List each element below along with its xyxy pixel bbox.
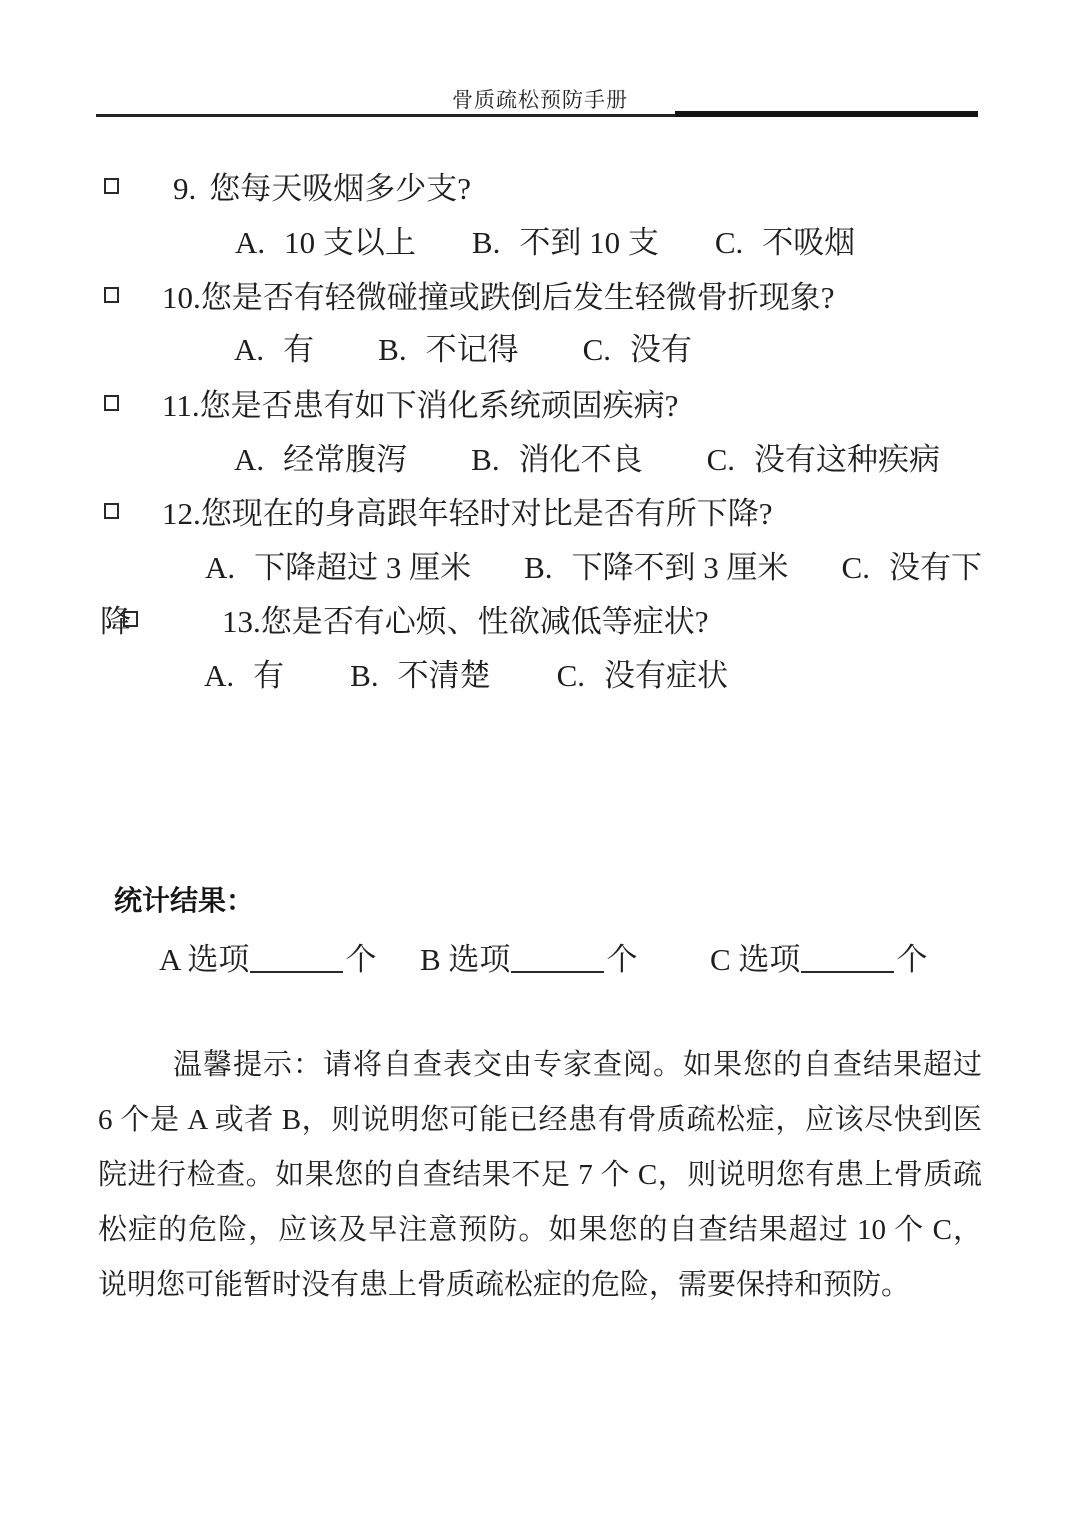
tip-line: 6 个是 A 或者 B，则说明您可能已经患有骨质疏松症，应该尽快到医 xyxy=(98,1093,982,1148)
option-label: C. xyxy=(842,550,870,585)
option-9b: B.不到 10 支 xyxy=(472,223,659,263)
question-9: 9.您每天吸烟多少支? xyxy=(173,169,471,209)
question-number: 9. xyxy=(173,171,196,206)
option-label: B. xyxy=(378,332,406,367)
stats-heading: 统计结果： xyxy=(114,882,254,922)
option-text: 没有症状 xyxy=(604,658,728,693)
question-row-11: 11.您是否患有如下消化系统顽固疾病? xyxy=(0,386,1080,426)
option-text: 消化不良 xyxy=(519,442,643,477)
option-text: 不记得 xyxy=(426,332,519,367)
question-row-10: 10.您是否有轻微碰撞或跌倒后发生轻微骨折现象? xyxy=(0,278,1080,318)
tip-line: 院进行检查。如果您的自查结果不足 7 个 C，则说明您有患上骨质疏 xyxy=(98,1148,982,1203)
stat-item-b: B 选项个 xyxy=(420,940,637,980)
option-label: C. xyxy=(707,442,735,477)
question-number: 12. xyxy=(162,496,201,531)
option-label: A. xyxy=(234,442,264,477)
question-row-9: 9.您每天吸烟多少支? xyxy=(0,169,1080,209)
checkbox-q12 xyxy=(104,503,119,519)
question-11: 11.您是否患有如下消化系统顽固疾病? xyxy=(162,386,678,426)
option-13a: A.有 xyxy=(204,656,284,696)
question-number: 13. xyxy=(222,604,261,639)
tip-line: 说明您可能暂时没有患上骨质疏松症的危险，需要保持和预防。 xyxy=(98,1258,982,1313)
option-11c: C.没有这种疾病 xyxy=(707,440,940,480)
question-row-13: 降 13.您是否有心烦、性欲减低等症状? xyxy=(0,602,1080,642)
tip-paragraph: 温馨提示：请将自查表交由专家查阅。如果您的自查结果超过 6 个是 A 或者 B，… xyxy=(98,1038,982,1313)
stat-blank-b xyxy=(511,969,604,973)
option-12a: A.下降超过 3 厘米 xyxy=(205,548,471,588)
option-label: A. xyxy=(205,550,235,585)
checkbox-q9 xyxy=(104,178,119,194)
option-10b: B.不记得 xyxy=(378,330,518,370)
option-text: 经常腹泻 xyxy=(283,442,407,477)
question-text: 您是否有心烦、性欲减低等症状? xyxy=(261,604,709,639)
stat-suffix: 个 xyxy=(606,942,637,977)
option-label: B. xyxy=(471,442,499,477)
option-text: 有 xyxy=(253,658,284,693)
question-text: 您每天吸烟多少支? xyxy=(209,171,471,206)
option-10a: A.有 xyxy=(234,330,314,370)
option-label: C. xyxy=(583,332,611,367)
option-text: 不清楚 xyxy=(398,658,491,693)
question-text: 您是否有轻微碰撞或跌倒后发生轻微骨折现象? xyxy=(201,280,835,315)
stat-blank-c xyxy=(801,969,894,973)
option-label: B. xyxy=(524,550,552,585)
option-13b: B.不清楚 xyxy=(350,656,490,696)
options-row-12: A.下降超过 3 厘米 B.下降不到 3 厘米 C.没有下 xyxy=(205,548,982,588)
checkbox-q11 xyxy=(104,395,119,411)
stat-suffix: 个 xyxy=(345,942,376,977)
option-label: C. xyxy=(715,225,743,260)
checkbox-q13 xyxy=(123,611,138,627)
options-row-11: A.经常腹泻 B.消化不良 C.没有这种疾病 xyxy=(234,440,940,480)
stat-label: A 选项 xyxy=(159,942,249,977)
option-13c: C.没有症状 xyxy=(557,656,728,696)
stat-blank-a xyxy=(250,969,343,973)
question-number: 11. xyxy=(162,388,200,423)
option-label: A. xyxy=(235,225,265,260)
header-rule-thick xyxy=(675,111,978,117)
option-9a: A.10 支以上 xyxy=(235,223,416,263)
tip-line: 温馨提示：请将自查表交由专家查阅。如果您的自查结果超过 xyxy=(98,1038,982,1093)
question-text: 您现在的身高跟年轻时对比是否有所下降? xyxy=(201,496,773,531)
question-text: 您是否患有如下消化系统顽固疾病? xyxy=(200,388,679,423)
options-row-9: A.10 支以上 B.不到 10 支 C.不吸烟 xyxy=(235,223,855,263)
stat-item-c: C 选项个 xyxy=(710,940,927,980)
option-text: 下降超过 3 厘米 xyxy=(254,550,471,585)
option-label: C. xyxy=(557,658,585,693)
option-text: 没有这种疾病 xyxy=(754,442,940,477)
option-text: 10 支以上 xyxy=(284,225,416,260)
option-text: 不吸烟 xyxy=(762,225,855,260)
stat-label: C 选项 xyxy=(710,942,800,977)
question-12: 12.您现在的身高跟年轻时对比是否有所下降? xyxy=(162,494,773,534)
option-label: A. xyxy=(234,332,264,367)
option-text: 没有 xyxy=(630,332,692,367)
option-10c: C.没有 xyxy=(583,330,692,370)
question-row-12: 12.您现在的身高跟年轻时对比是否有所下降? xyxy=(0,494,1080,534)
option-text: 有 xyxy=(283,332,314,367)
options-row-13: A.有 B.不清楚 C.没有症状 xyxy=(204,656,728,696)
option-11b: B.消化不良 xyxy=(471,440,642,480)
question-13: 13.您是否有心烦、性欲减低等症状? xyxy=(222,602,709,642)
header-title: 骨质疏松预防手册 xyxy=(0,84,1080,114)
option-11a: A.经常腹泻 xyxy=(234,440,407,480)
option-12c: C.没有下 xyxy=(842,548,982,588)
option-12b: B.下降不到 3 厘米 xyxy=(524,548,788,588)
document-page: 骨质疏松预防手册 9.您每天吸烟多少支? A.10 支以上 B.不到 10 支 … xyxy=(0,0,1080,1525)
tip-line: 松症的危险，应该及早注意预防。如果您的自查结果超过 10 个 C， xyxy=(98,1203,982,1258)
option-label: A. xyxy=(204,658,234,693)
question-10: 10.您是否有轻微碰撞或跌倒后发生轻微骨折现象? xyxy=(162,278,835,318)
options-row-10: A.有 B.不记得 C.没有 xyxy=(234,330,692,370)
option-label: B. xyxy=(472,225,500,260)
stat-suffix: 个 xyxy=(896,942,927,977)
stat-item-a: A 选项个 xyxy=(159,940,376,980)
checkbox-q10 xyxy=(104,287,119,303)
header-rule-thin xyxy=(96,114,676,117)
option-9c: C.不吸烟 xyxy=(715,223,855,263)
option-label: B. xyxy=(350,658,378,693)
option-text: 下降不到 3 厘米 xyxy=(572,550,789,585)
question-number: 10. xyxy=(162,280,201,315)
stat-label: B 选项 xyxy=(420,942,510,977)
option-text: 不到 10 支 xyxy=(519,225,659,260)
option-text: 没有下 xyxy=(889,550,982,585)
stats-row: A 选项个 B 选项个 C 选项个 xyxy=(0,940,1080,980)
